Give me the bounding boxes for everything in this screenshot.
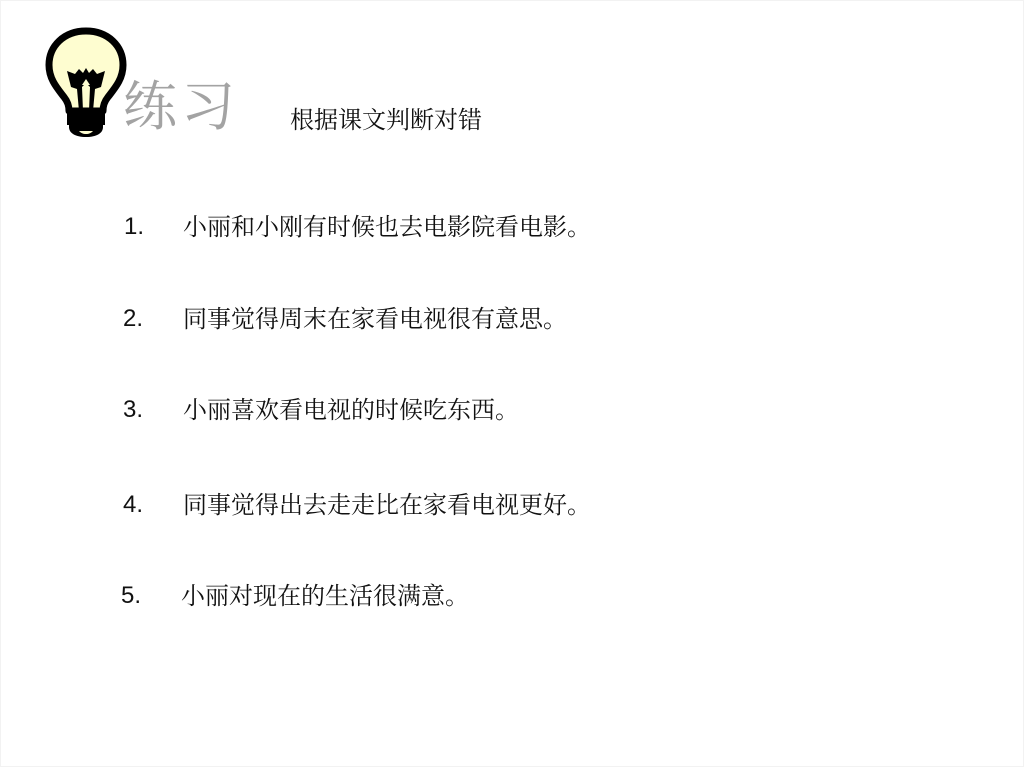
item-number: 2. bbox=[123, 301, 163, 337]
item-text: 小丽对现在的生活很满意。 bbox=[181, 578, 469, 614]
item-text: 同事觉得周末在家看电视很有意思。 bbox=[183, 301, 567, 337]
item-text: 同事觉得出去走走比在家看电视更好。 bbox=[183, 487, 591, 523]
item-text: 小丽喜欢看电视的时候吃东西。 bbox=[183, 392, 519, 428]
item-number: 4. bbox=[123, 487, 163, 523]
item-number: 5. bbox=[121, 578, 161, 614]
slide-subtitle: 根据课文判断对错 bbox=[290, 104, 482, 136]
lightbulb-icon bbox=[45, 27, 127, 139]
slide: 练习 根据课文判断对错 1. 小丽和小刚有时候也去电影院看电影。 2. 同事觉得… bbox=[0, 0, 1024, 767]
item-text: 小丽和小刚有时候也去电影院看电影。 bbox=[183, 209, 591, 245]
item-number: 1. bbox=[124, 209, 164, 245]
item-number: 3. bbox=[123, 392, 163, 428]
slide-title: 练习 bbox=[123, 75, 239, 139]
